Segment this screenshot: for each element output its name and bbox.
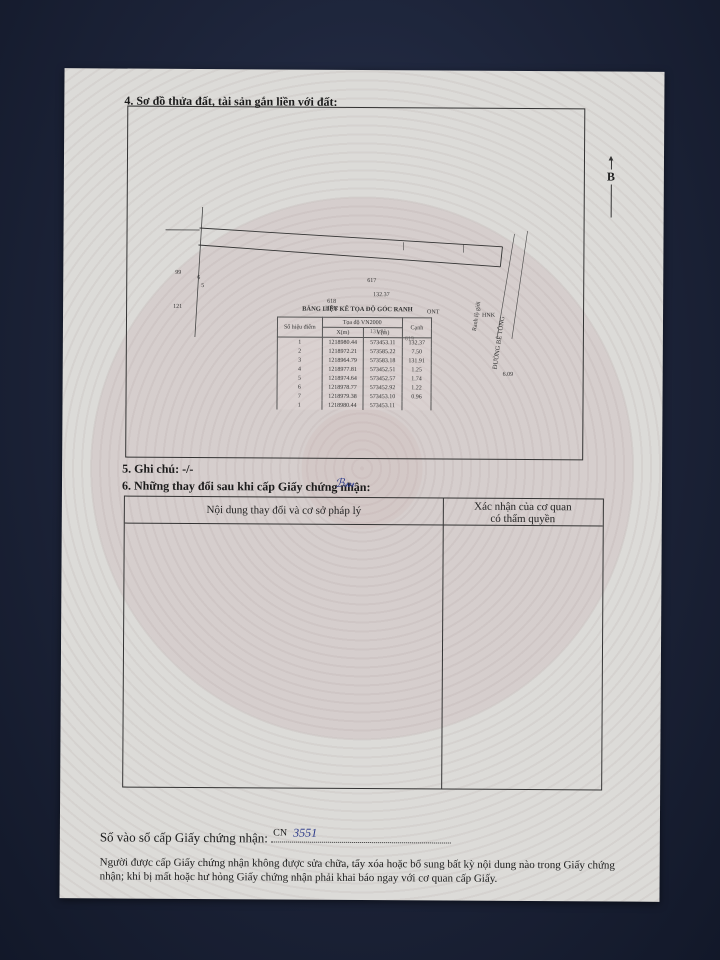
cell-edge: 132.37	[402, 338, 432, 348]
land-certificate-page: 4. Sơ đồ thửa đất, tài sản gắn liền với …	[59, 68, 664, 902]
warning-notice: Người được cấp Giấy chứng nhận không đượ…	[100, 855, 620, 886]
changes-col2-header: Xác nhận của cơ quan có thẩm quyền	[443, 500, 603, 525]
header-edge: Cạnh	[402, 318, 432, 338]
cell-y: 573583.18	[363, 356, 402, 365]
cell-x: 1218974.64	[322, 374, 364, 383]
registry-line: Số vào sổ cấp Giấy chứng nhận: CN 3551	[100, 828, 451, 847]
cell-y: 573453.11	[364, 338, 403, 348]
cell-edge: 1.25	[402, 365, 432, 374]
parcel-map-box: ▲ B 99 121 617 618 HNK ONT HNK 132.37 13…	[125, 106, 585, 461]
registry-prefix: CN	[273, 827, 287, 838]
section-6-title: 6. Những thay đổi sau khi cấp Giấy chứng…	[122, 479, 371, 496]
cell-y: 573453.10	[363, 392, 402, 401]
cell-x: 1218980.44	[322, 401, 364, 410]
north-label: B	[607, 169, 615, 184]
coord-table-title: BẢNG LIỆT KÊ TỌA ĐỘ GÓC RANH	[302, 306, 413, 314]
coordinate-table: Số hiệu điểm Tọa độ VN2000 Cạnh X(m) Y(m…	[276, 316, 432, 410]
coord-row: 11218980.44573453.11	[277, 400, 431, 410]
changes-col1-header: Nội dung thay đổi và cơ sở pháp lý	[125, 504, 443, 518]
cell-x: 1218979.38	[322, 392, 364, 401]
cell-x: 1218964.79	[322, 356, 364, 365]
north-line	[611, 158, 612, 218]
col2-header-line1: Xác nhận của cơ quan	[443, 500, 603, 513]
cell-x: 1218977.81	[322, 365, 364, 374]
header-system: Tọa độ VN2000	[322, 317, 402, 327]
signature-mark: ℬ𝓂	[335, 476, 355, 491]
cell-edge: 1.74	[402, 374, 432, 383]
cell-point: 1	[277, 337, 322, 347]
cell-point: 1	[277, 400, 322, 409]
cell-y: 573452.51	[363, 365, 402, 374]
cell-y: 573585.22	[363, 347, 402, 356]
cell-edge	[402, 401, 432, 410]
edge-right-length: 6.09	[503, 372, 514, 378]
header-x: X(m)	[322, 327, 364, 337]
parcel-label-121: 121	[173, 304, 182, 310]
cell-edge: 0.96	[402, 392, 432, 401]
registry-number: 3551	[293, 826, 317, 841]
changes-table: Nội dung thay đổi và cơ sở pháp lý Xác n…	[122, 496, 604, 791]
point-label-5: 5	[201, 283, 204, 289]
cell-point: 7	[277, 391, 322, 400]
cell-y: 573452.92	[363, 383, 402, 392]
cell-edge: 1.22	[402, 383, 432, 392]
land-use-hnk-right: HNK	[482, 313, 495, 319]
cell-x: 1218978.77	[322, 383, 364, 392]
registry-label: Số vào sổ cấp Giấy chứng nhận:	[100, 829, 268, 845]
registry-value-field: CN 3551	[271, 829, 451, 843]
changes-col-content	[123, 497, 444, 789]
parcel-label-618: 618	[327, 299, 336, 305]
cell-y: 573453.11	[363, 401, 402, 410]
cell-point: 6	[277, 382, 322, 391]
cell-point: 5	[277, 373, 322, 382]
cell-point: 3	[277, 355, 322, 364]
cell-y: 573452.57	[363, 374, 402, 383]
cell-point: 2	[277, 346, 322, 355]
cell-edge: 131.91	[402, 356, 432, 365]
parcel-label-99: 99	[175, 270, 181, 276]
section-5-notes: 5. Ghi chú: -/-	[122, 462, 193, 477]
cell-x: 1218972.21	[322, 347, 364, 356]
cell-x: 1218980.44	[322, 337, 364, 347]
land-use-ont: ONT	[427, 309, 439, 315]
col2-header-line2: có thẩm quyền	[443, 512, 603, 525]
header-y: Y(m)	[364, 328, 403, 338]
header-point: Số hiệu điểm	[277, 317, 322, 337]
parcel-label-617: 617	[367, 278, 376, 284]
point-label-6: 6	[197, 275, 200, 281]
cell-edge: 7.50	[402, 347, 432, 356]
cell-point: 4	[277, 364, 322, 373]
edge-top-length: 132.37	[373, 292, 390, 298]
